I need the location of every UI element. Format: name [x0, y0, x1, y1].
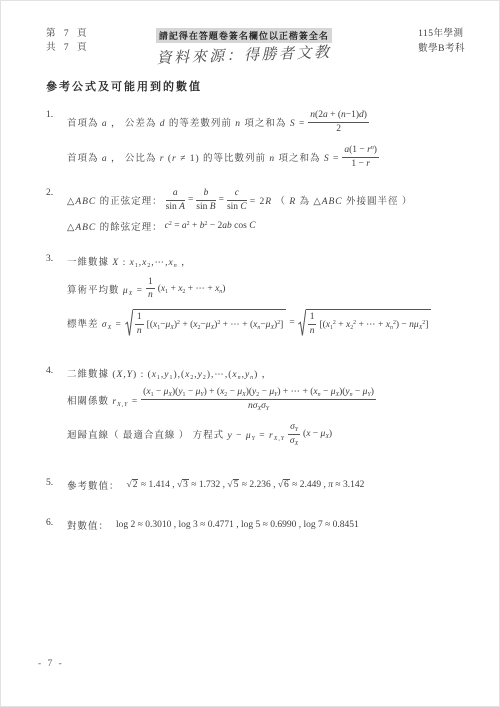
- page-footer: - 7 -: [38, 659, 64, 669]
- fraction: asin A: [166, 188, 185, 213]
- values-label: 參考數值：: [67, 478, 120, 492]
- numerator: b: [196, 188, 215, 201]
- equals-sign: =: [289, 318, 294, 328]
- formula-lead-text: 算術平均數 μX =: [67, 282, 143, 296]
- formula-item-reference-values: 5. 參考數值： √2 ≈ 1.414 , √3 ≈ 1.732 , √5 ≈ …: [46, 478, 465, 492]
- numerator: σY: [288, 422, 300, 435]
- formula-tail-text: (x − μX): [303, 429, 332, 439]
- formula-lead-text: △ABC 的餘弦定理：: [67, 219, 163, 233]
- page-number-line: 第 7 頁: [46, 27, 90, 41]
- formula-tail-text: = 2R （ R 為 △ABC 外接圓半徑 ）: [250, 193, 413, 207]
- formula-tail-text: (x1 + x2 + ⋯ + xn): [158, 283, 226, 294]
- values-label: 對數值：: [67, 518, 109, 532]
- fraction: csin C: [227, 188, 247, 213]
- numerator: (x1 − μX)(y1 − μY) + (x2 − μX)(y2 − μY) …: [141, 387, 376, 400]
- item-body: 對數值： log 2 ≈ 0.3010 , log 3 ≈ 0.4771 , l…: [67, 518, 465, 532]
- radical-sign-icon: [125, 309, 133, 337]
- item-number: 6.: [46, 518, 67, 532]
- formula-item-2d-data: 4. 二維數據 (X,Y) : (x1,y1),(x2,y2),⋯,(xn,yn…: [46, 366, 465, 447]
- fraction: 1n: [135, 312, 144, 337]
- denominator: n: [135, 325, 144, 337]
- page-total-line: 共 7 頁: [46, 41, 90, 55]
- formula-lead-text: 一維數據 X : x1,x2,⋯,xn ，: [67, 254, 192, 268]
- fraction: bsin B: [196, 188, 215, 213]
- denominator: nσXσY: [141, 400, 376, 412]
- item-number: 3.: [46, 254, 67, 338]
- page-title: 參考公式及可能用到的數值: [46, 78, 465, 94]
- numerator: n(2a + (n−1)d): [308, 110, 369, 123]
- mean-formula-line: 算術平均數 μX = 1n (x1 + x2 + ⋯ + xn): [67, 277, 465, 302]
- radicand-text: [(x1−μX)2 + (x2−μX)2 + ⋯ + (xn−μX)2]: [147, 319, 284, 330]
- sqrt-radical: 1n [(x1−μX)2 + (x2−μX)2 + ⋯ + (xn−μX)2]: [125, 309, 286, 337]
- data-definition-line: 二維數據 (X,Y) : (x1,y1),(x2,y2),⋯,(xn,yn) ，: [67, 366, 465, 380]
- exam-year-label: 115年學測: [418, 27, 465, 42]
- denominator: sin A: [166, 201, 185, 213]
- cosine-rule-line: △ABC 的餘弦定理： c2 = a2 + b2 − 2ab cos C: [67, 219, 465, 233]
- equals-sign: =: [219, 195, 224, 205]
- values-text: √2 ≈ 1.414 , √3 ≈ 1.732 , √5 ≈ 2.236 , √…: [127, 480, 365, 490]
- item-body: 二維數據 (X,Y) : (x1,y1),(x2,y2),⋯,(xn,yn) ，…: [67, 366, 465, 447]
- formula-item-series: 1. 首項為 a ， 公差為 d 的等差數列前 n 項之和為 S = n(2a …: [46, 110, 465, 170]
- handwritten-note: 資料來源：得勝者文教: [156, 41, 333, 68]
- formula-lead-text: 首項為 a ， 公差為 d 的等差數列前 n 項之和為 S =: [67, 115, 305, 129]
- formula-lead-text: 二維數據 (X,Y) : (x1,y1),(x2,y2),⋯,(xn,yn) ，: [67, 366, 272, 380]
- correlation-formula-line: 相關係數 rX,Y = (x1 − μX)(y1 − μY) + (x2 − μ…: [67, 387, 465, 412]
- numerator: a: [166, 188, 185, 201]
- denominator: 2: [308, 123, 369, 135]
- fraction: a(1 − rn)1 − r: [342, 145, 379, 170]
- formula-lead-text: △ABC 的正弦定理：: [67, 193, 163, 207]
- stddev-formula-line: 標準差 σX = 1n [(x1−μX)2 + (x2−μX)2 + ⋯ + (…: [67, 309, 465, 337]
- denominator: sin C: [227, 201, 247, 213]
- item-body: 參考數值： √2 ≈ 1.414 , √3 ≈ 1.732 , √5 ≈ 2.2…: [67, 478, 465, 492]
- exam-info-block: 115年學測 數學B考科: [418, 27, 465, 56]
- item-number: 1.: [46, 110, 67, 170]
- item-body: 首項為 a ， 公差為 d 的等差數列前 n 項之和為 S = n(2a + (…: [67, 110, 465, 170]
- numerator: c: [227, 188, 247, 201]
- formula-lead-text: 相關係數 rX,Y =: [67, 393, 138, 407]
- item-number: 4.: [46, 366, 67, 447]
- exam-subject-label: 數學B考科: [418, 42, 465, 57]
- item-number: 5.: [46, 478, 67, 492]
- regression-formula-line: 迴歸直線（ 最適合直線 ） 方程式 y − μY = rX,Y σYσX (x …: [67, 422, 465, 447]
- denominator: n: [146, 289, 155, 301]
- fraction: (x1 − μX)(y1 − μY) + (x2 − μX)(y2 − μY) …: [141, 387, 376, 412]
- formula-item-log-values: 6. 對數值： log 2 ≈ 0.3010 , log 3 ≈ 0.4771 …: [46, 518, 465, 532]
- sine-rule-line: △ABC 的正弦定理： asin A = bsin B = csin C = 2…: [67, 188, 465, 213]
- formula-lead-text: 迴歸直線（ 最適合直線 ） 方程式 y − μY = rX,Y: [67, 427, 285, 441]
- values-text: log 2 ≈ 0.3010 , log 3 ≈ 0.4771 , log 5 …: [116, 520, 359, 530]
- numerator: a(1 − rn): [342, 145, 379, 158]
- page-number-block: 第 7 頁 共 7 頁: [46, 27, 90, 56]
- radicand: 1n [(x1−μX)2 + (x2−μX)2 + ⋯ + (xn−μX)2]: [133, 309, 286, 337]
- numerator: 1: [146, 277, 155, 290]
- formula-lead-text: 首項為 a ， 公比為 r (r ≠ 1) 的等比數列前 n 項之和為 S =: [67, 150, 339, 164]
- formula-item-1d-data: 3. 一維數據 X : x1,x2,⋯,xn ， 算術平均數 μX = 1n (…: [46, 254, 465, 338]
- item-body: △ABC 的正弦定理： asin A = bsin B = csin C = 2…: [67, 188, 465, 233]
- denominator: n: [308, 325, 317, 337]
- formula-lead-text: 標準差 σX =: [67, 316, 122, 330]
- fraction: 1n: [308, 312, 317, 337]
- formula-item-triangle-rules: 2. △ABC 的正弦定理： asin A = bsin B = csin C …: [46, 188, 465, 233]
- equals-sign: =: [188, 195, 193, 205]
- signature-notice: 請記得在答題卷簽名欄位以正楷簽全名: [156, 28, 332, 43]
- reference-values-line: 參考數值： √2 ≈ 1.414 , √3 ≈ 1.732 , √5 ≈ 2.2…: [67, 478, 465, 492]
- denominator: sin B: [196, 201, 215, 213]
- radicand-text: [(x12 + x22 + ⋯ + xn2) − nμX2]: [319, 319, 428, 330]
- numerator: 1: [135, 312, 144, 325]
- fraction: n(2a + (n−1)d)2: [308, 110, 369, 135]
- item-number: 2.: [46, 188, 67, 233]
- arithmetic-series-line: 首項為 a ， 公差為 d 的等差數列前 n 項之和為 S = n(2a + (…: [67, 110, 465, 135]
- radicand: 1n [(x12 + x22 + ⋯ + xn2) − nμX2]: [306, 309, 432, 337]
- data-definition-line: 一維數據 X : x1,x2,⋯,xn ，: [67, 254, 465, 268]
- log-values-line: 對數值： log 2 ≈ 0.3010 , log 3 ≈ 0.4771 , l…: [67, 518, 465, 532]
- cosine-formula: c2 = a2 + b2 − 2ab cos C: [165, 221, 256, 231]
- geometric-series-line: 首項為 a ， 公比為 r (r ≠ 1) 的等比數列前 n 項之和為 S = …: [67, 145, 465, 170]
- sqrt-radical: 1n [(x12 + x22 + ⋯ + xn2) − nμX2]: [298, 309, 432, 337]
- denominator: 1 − r: [342, 158, 379, 170]
- fraction: 1n: [146, 277, 155, 302]
- fraction: σYσX: [288, 422, 300, 447]
- radical-sign-icon: [298, 309, 306, 337]
- item-body: 一維數據 X : x1,x2,⋯,xn ， 算術平均數 μX = 1n (x1 …: [67, 254, 465, 338]
- numerator: 1: [308, 312, 317, 325]
- header-center-block: 請記得在答題卷簽名欄位以正楷簽全名 資料來源：得勝者文教: [156, 28, 332, 65]
- document-page: 第 7 頁 共 7 頁 請記得在答題卷簽名欄位以正楷簽全名 資料來源：得勝者文教…: [0, 0, 500, 707]
- page-header: 第 7 頁 共 7 頁 請記得在答題卷簽名欄位以正楷簽全名 資料來源：得勝者文教…: [46, 27, 465, 65]
- denominator: σX: [288, 435, 300, 447]
